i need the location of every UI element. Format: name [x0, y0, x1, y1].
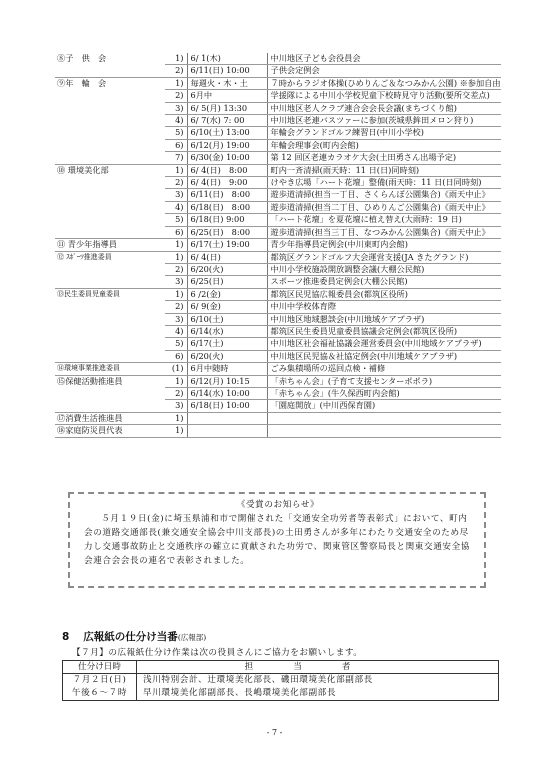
schedule-event: 中川中学校体育際 [267, 301, 501, 313]
duty-time: 午後６～７時 [69, 687, 130, 700]
schedule-date: 6/30(金) 10:00 [187, 152, 267, 164]
schedule-row: 5)6/17(土)中川地区社会福祉協議会運営委員会(中川地域ケアプラザ) [55, 338, 501, 350]
header-assignees: 担当者 [137, 661, 499, 674]
schedule-row: 2)6/11(日) 10:00子供会定例会 [55, 65, 501, 77]
schedule-date: 6/10(土) [187, 313, 267, 325]
schedule-event: スポーツ推進委員定例会(大棚公民館) [267, 276, 501, 288]
schedule-row: 3)6/10(土)中川地区地域懇談会(中川地域ケアプラザ) [55, 313, 501, 325]
schedule-row: ⑱家庭防災員代表1) [55, 425, 501, 437]
schedule-item-number: 2) [165, 90, 187, 102]
schedule-date: 6/11(日) 10:00 [187, 65, 267, 77]
schedule-org: ⑩ 環境美化部 [55, 164, 165, 176]
duty-date: ７月２日(日) [69, 674, 130, 687]
schedule-org [55, 350, 165, 362]
schedule-item-number: 1) [165, 288, 187, 300]
schedule-org: ⑧子 供 会 [55, 53, 165, 65]
schedule-item-number: 2) [165, 387, 187, 399]
schedule-item-number: 1) [165, 53, 187, 65]
schedule-row: 5)6/18(日) 9:00「ハート花壇」を夏花壇に植え替え(大雨時：19 日) [55, 214, 501, 226]
schedule-date: 6月中随時 [187, 363, 267, 375]
schedule-row: 5)6/10(土) 13:00年輪会グランドゴルフ練習日(中川小学校) [55, 127, 501, 139]
schedule-item-number: 2) [165, 177, 187, 189]
schedule-org [55, 387, 165, 399]
schedule-org [55, 201, 165, 213]
schedule-org [55, 276, 165, 288]
schedule-item-number: 7) [165, 152, 187, 164]
schedule-org: ⑱家庭防災員代表 [55, 425, 165, 437]
section-intro: 【７月】の広報紙仕分け作業は次の役員さんにご協力をお願いします。 [72, 646, 362, 658]
schedule-row: ⑫ ｽﾎﾟｰﾂ推進委員1)6/ 4(日)都筑区グランドゴルフ大会運営支援(JA … [55, 251, 501, 263]
schedule-event: 中川小学校施設開放調整会議(大棚公民館) [267, 263, 501, 275]
schedule-row: 2)6/ 9(金)中川中学校体育際 [55, 301, 501, 313]
schedule-row: ⑭環境事業推進委員(1)6月中随時ごみ集積場所の巡回点検・補修 [55, 363, 501, 375]
schedule-item-number: 1) [165, 77, 187, 89]
schedule-date: 6/ 4(日) 8:00 [187, 164, 267, 176]
section-subtitle: (広報部) [178, 633, 206, 642]
assignees-line-2: 早川環境美化部副部長、長嶋環境美化部副部長 [143, 687, 492, 700]
schedule-event: 中川地区社会福祉協議会運営委員会(中川地域ケアプラザ) [267, 338, 501, 350]
duty-assignees: 浅川特別会計、辻環境美化部長、磯田環境美化部副部長 早川環境美化部副部長、長嶋環… [137, 674, 499, 701]
schedule-item-number: 4) [165, 325, 187, 337]
schedule-org [55, 177, 165, 189]
schedule-event: 遊歩道清掃(担当一丁目、さくらんぼ公園集合)《雨天中止》 [267, 189, 501, 201]
schedule-date: 6/12(月) 10:15 [187, 375, 267, 387]
schedule-event: 年輪会理事会(町内会館) [267, 139, 501, 151]
schedule-item-number: 2) [165, 301, 187, 313]
schedule-event: 都筑区民生委員児童委員協議会定例会(都筑区役所) [267, 325, 501, 337]
schedule-org [55, 127, 165, 139]
schedule-date: 6 /2(金) [187, 288, 267, 300]
schedule-date [187, 412, 267, 424]
sorting-duty-table: 仕分け日時 担当者 ７月２日(日) 午後６～７時 浅川特別会計、辻環境美化部長、… [62, 660, 499, 701]
schedule-event: 青少年指導員定例会(中川東町内会館) [267, 239, 501, 251]
schedule-org [55, 65, 165, 77]
schedule-item-number: 1) [165, 164, 187, 176]
schedule-event: ごみ集積場所の巡回点検・補修 [267, 363, 501, 375]
schedule-org: ⑭環境事業推進委員 [55, 363, 165, 375]
schedule-date [187, 425, 267, 437]
schedule-row: 3)6/11(日) 8:00遊歩道清掃(担当一丁目、さくらんぼ公園集合)《雨天中… [55, 189, 501, 201]
schedule-row: ⑰消費生活推進員1) [55, 412, 501, 424]
schedule-event: 町内一斉清掃(雨天時：11 日(日)同時刻) [267, 164, 501, 176]
schedule-org [55, 189, 165, 201]
schedule-row: ⑩ 環境美化部1)6/ 4(日) 8:00町内一斉清掃(雨天時：11 日(日)同… [55, 164, 501, 176]
schedule-org [55, 115, 165, 127]
page-number: - 7 - [0, 728, 549, 737]
schedule-event: けやき広場「ハート花壇」整備(雨天時：11 日(日同時刻) [267, 177, 501, 189]
schedule-event: 中川地区民児協＆社協定例会(中川地域ケアプラザ) [267, 350, 501, 362]
schedule-item-number: 2) [165, 65, 187, 77]
schedule-row: 3)6/ 5(月) 13:30中川地区老人クラブ連合会会長会議(まちづくり館) [55, 102, 501, 114]
schedule-event: 「赤ちゃん会」(子育て支援センターポポラ) [267, 375, 501, 387]
schedule-date: 6/ 4(日) 9:00 [187, 177, 267, 189]
schedule-event: 中川地区地域懇談会(中川地域ケアプラザ) [267, 313, 501, 325]
schedule-event: 遊歩道清掃(担当三丁目、なつみかん公園集合)《雨天中止》 [267, 226, 501, 238]
schedule-item-number: 4) [165, 115, 187, 127]
schedule-date: 6月中 [187, 90, 267, 102]
schedule-date: 6/ 9(金) [187, 301, 267, 313]
schedule-row: 4)6/14(水)都筑区民生委員児童委員協議会定例会(都筑区役所) [55, 325, 501, 337]
schedule-date: 6/20(火) [187, 263, 267, 275]
schedule-item-number: 6) [165, 226, 187, 238]
schedule-date: 6/18(日) 10:00 [187, 400, 267, 412]
schedule-date: 6/17(土) 19:00 [187, 239, 267, 251]
schedule-date: 6/18(日) 9:00 [187, 214, 267, 226]
schedule-row: ⑮保健活動推進員1)6/12(月) 10:15「赤ちゃん会」(子育て支援センター… [55, 375, 501, 387]
schedule-row: 2)6/14(水) 10:00「赤ちゃん会」(牛久保西町内会館) [55, 387, 501, 399]
schedule-date: 6/ 1(木) [187, 53, 267, 65]
schedule-row: 2)6/20(火)中川小学校施設開放調整会議(大棚公民館) [55, 263, 501, 275]
schedule-event: 第 12 回区老連カラオケ大会(土田勇さん出場予定) [267, 152, 501, 164]
schedule-row: ⑬民生委員児童委員1)6 /2(金)都筑区民児協広報委員会(都筑区役所) [55, 288, 501, 300]
schedule-item-number: 3) [165, 313, 187, 325]
schedule-org [55, 214, 165, 226]
schedule-org: ⑨年 輪 会 [55, 77, 165, 89]
schedule-org [55, 325, 165, 337]
header-datetime: 仕分け日時 [63, 661, 137, 674]
schedule-row: 6)6/25(日) 8:00遊歩道清掃(担当三丁目、なつみかん公園集合)《雨天中… [55, 226, 501, 238]
schedule-date: 6/12(月) 19:00 [187, 139, 267, 151]
schedule-item-number: 4) [165, 201, 187, 213]
duty-row: ７月２日(日) 午後６～７時 浅川特別会計、辻環境美化部長、磯田環境美化部副部長… [63, 674, 499, 701]
schedule-event: 「ハート花壇」を夏花壇に植え替え(大雨時：19 日) [267, 214, 501, 226]
schedule-row: 6)6/20(火)中川地区民児協＆社協定例会(中川地域ケアプラザ) [55, 350, 501, 362]
schedule-event: 学援隊による中川小学校児童下校時見守り活動(要所交差点) [267, 90, 501, 102]
schedule-event [267, 412, 501, 424]
schedule-org [55, 226, 165, 238]
schedule-date: 6/11(日) 8:00 [187, 189, 267, 201]
schedule-row: ⑪ 青少年指導員1)6/17(土) 19:00青少年指導員定例会(中川東町内会館… [55, 239, 501, 251]
section-title: 広報紙の仕分け当番 [83, 631, 178, 643]
schedule-item-number: 5) [165, 338, 187, 350]
schedule-event: ７時からラジオ体操(ひめりんご＆なつみかん公園) ※参加自由 [267, 77, 501, 89]
schedule-row: 2)6/ 4(日) 9:00けやき広場「ハート花壇」整備(雨天時：11 日(日同… [55, 177, 501, 189]
schedule-item-number: 2) [165, 263, 187, 275]
schedule-row: 3)6/25(日)スポーツ推進委員定例会(大棚公民館) [55, 276, 501, 288]
schedule-event: 中川地区老人クラブ連合会会長会議(まちづくり館) [267, 102, 501, 114]
duty-datetime: ７月２日(日) 午後６～７時 [63, 674, 137, 701]
schedule-date: 6/25(日) [187, 276, 267, 288]
schedule-org [55, 301, 165, 313]
schedule-row: 2)6月中学援隊による中川小学校児童下校時見守り活動(要所交差点) [55, 90, 501, 102]
schedule-org [55, 338, 165, 350]
schedule-event: 子供会定例会 [267, 65, 501, 77]
schedule-event: 都筑区グランドゴルフ大会運営支援(JA きたグランド) [267, 251, 501, 263]
schedule-item-number: 1) [165, 425, 187, 437]
notice-body: ５月１９日(金)に埼玉県浦和市で開催された「交通安全功労者等表彰式」において、町… [84, 512, 472, 568]
schedule-item-number: 6) [165, 139, 187, 151]
schedule-row: ⑨年 輪 会1)毎週火・木・土７時からラジオ体操(ひめりんご＆なつみかん公園) … [55, 77, 501, 89]
schedule-date: 6/14(水) [187, 325, 267, 337]
schedule-org: ⑪ 青少年指導員 [55, 239, 165, 251]
schedule-row: ⑧子 供 会1)6/ 1(木)中川地区子ども会役員会 [55, 53, 501, 65]
schedule-date: 6/17(土) [187, 338, 267, 350]
schedule-item-number: 3) [165, 189, 187, 201]
schedule-date: 6/20(火) [187, 350, 267, 362]
schedule-event: 中川地区老連バスツァーに参加(茨城県鉾田メロン狩り) [267, 115, 501, 127]
schedule-date: 6/ 4(日) [187, 251, 267, 263]
schedule-item-number: 1) [165, 251, 187, 263]
schedule-date: 6/25(日) 8:00 [187, 226, 267, 238]
schedule-item-number: 3) [165, 400, 187, 412]
schedule-date: 6/ 5(月) 13:30 [187, 102, 267, 114]
schedule-org: ⑫ ｽﾎﾟｰﾂ推進委員 [55, 251, 165, 263]
schedule-date: 6/18(日) 8:00 [187, 201, 267, 213]
schedule-org: ⑬民生委員児童委員 [55, 288, 165, 300]
duty-header-row: 仕分け日時 担当者 [63, 661, 499, 674]
schedule-org: ⑮保健活動推進員 [55, 375, 165, 387]
assignees-line-1: 浅川特別会計、辻環境美化部長、磯田環境美化部副部長 [143, 674, 492, 687]
schedule-event: 都筑区民児協広報委員会(都筑区役所) [267, 288, 501, 300]
schedule-item-number: 1) [165, 375, 187, 387]
schedule-org [55, 139, 165, 151]
schedule-row: 7)6/30(金) 10:00第 12 回区老連カラオケ大会(土田勇さん出場予定… [55, 152, 501, 164]
schedule-item-number: 6) [165, 350, 187, 362]
monthly-schedule-table: ⑧子 供 会1)6/ 1(木)中川地区子ども会役員会2)6/11(日) 10:0… [55, 53, 501, 438]
schedule-org [55, 263, 165, 275]
schedule-date: 6/14(水) 10:00 [187, 387, 267, 399]
schedule-event: 遊歩道清掃(担当二丁目、ひめりんご公園集合)《雨天中止》 [267, 201, 501, 213]
schedule-date: 毎週火・木・土 [187, 77, 267, 89]
schedule-event: 「赤ちゃん会」(牛久保西町内会館) [267, 387, 501, 399]
schedule-row: 6)6/12(月) 19:00年輪会理事会(町内会館) [55, 139, 501, 151]
schedule-event: 中川地区子ども会役員会 [267, 53, 501, 65]
schedule-item-number: 3) [165, 276, 187, 288]
schedule-item-number: 5) [165, 214, 187, 226]
schedule-org [55, 313, 165, 325]
schedule-org [55, 400, 165, 412]
schedule-item-number: 1) [165, 239, 187, 251]
schedule-date: 6/10(土) 13:00 [187, 127, 267, 139]
schedule-row: 4)6/18(日) 8:00遊歩道清掃(担当二丁目、ひめりんご公園集合)《雨天中… [55, 201, 501, 213]
schedule-org [55, 102, 165, 114]
section-heading: 8広報紙の仕分け当番(広報部) [62, 629, 206, 644]
schedule-body: ⑧子 供 会1)6/ 1(木)中川地区子ども会役員会2)6/11(日) 10:0… [55, 53, 501, 437]
schedule-item-number: (1) [165, 363, 187, 375]
schedule-item-number: 3) [165, 102, 187, 114]
award-notice-box: 《受賞のお知らせ》 ５月１９日(金)に埼玉県浦和市で開催された「交通安全功労者等… [68, 492, 486, 588]
schedule-event [267, 425, 501, 437]
schedule-row: 4)6/ 7(水) 7: 00中川地区老連バスツァーに参加(茨城県鉾田メロン狩り… [55, 115, 501, 127]
schedule-event: 年輪会グランドゴルフ練習日(中川小学校) [267, 127, 501, 139]
schedule-org [55, 90, 165, 102]
schedule-row: 3)6/18(日) 10:00「園庭開放」(中川西保育園) [55, 400, 501, 412]
schedule-item-number: 1) [165, 412, 187, 424]
notice-title: 《受賞のお知らせ》 [84, 498, 472, 512]
schedule-item-number: 5) [165, 127, 187, 139]
schedule-org: ⑰消費生活推進員 [55, 412, 165, 424]
schedule-org [55, 152, 165, 164]
section-number: 8 [62, 631, 69, 643]
schedule-event: 「園庭開放」(中川西保育園) [267, 400, 501, 412]
schedule-date: 6/ 7(水) 7: 00 [187, 115, 267, 127]
